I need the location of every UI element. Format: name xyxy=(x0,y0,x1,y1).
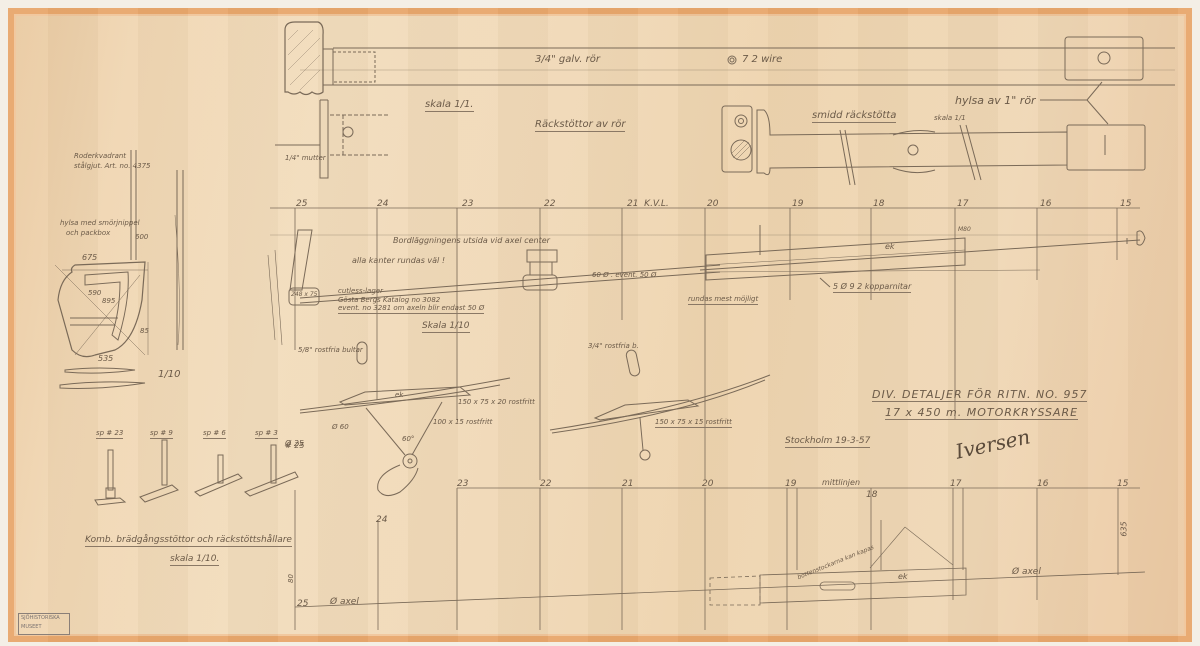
rounding-label: rundas mest möjligt xyxy=(688,296,758,305)
strut-right-drawing xyxy=(550,349,770,460)
bottom-station-24: 24 xyxy=(376,515,387,525)
station-20: 20 xyxy=(707,199,718,209)
rudder-dim-top: 675 xyxy=(82,254,97,262)
rudder-note-2: stålgjut. Art. no. 4375 xyxy=(74,163,151,170)
stanchion-label-9: sp # 9 xyxy=(150,430,173,439)
rivets-label: 5 Ø 9 2 kopparnitar xyxy=(833,283,911,293)
station-19: 19 xyxy=(792,199,803,209)
strut-left-angle: 60° xyxy=(402,436,414,443)
forged-label: smidd räckstötta xyxy=(812,111,896,123)
station-17: 17 xyxy=(957,199,968,209)
top-scale: skala 1/1. xyxy=(425,100,474,112)
stamp-line-1: SJÖHISTORISKA xyxy=(21,614,69,623)
rudder-note-3: hylsa med smörjnippel xyxy=(60,220,140,227)
stamp-line-2: MUSEET xyxy=(21,623,69,632)
bearing-label-3: event. no 3281 om axeln blir endast 50 Ø xyxy=(338,305,484,314)
sleeve-label: hylsa av 1" rör xyxy=(955,95,1036,106)
rudder-drawing xyxy=(55,150,183,388)
station-25: 25 xyxy=(296,199,307,209)
stanchion-scale: skala 1/10. xyxy=(170,555,219,566)
station-23: 23 xyxy=(462,199,473,209)
bearing-dim: 248 x 75 xyxy=(291,292,317,298)
top-pipe-drawing xyxy=(275,22,1175,185)
bottom-station-23: 23 xyxy=(457,479,468,489)
rudder-note-4: och packbox xyxy=(66,230,110,237)
title-line-2: 17 x 450 m. MOTORKRYSSARE xyxy=(885,407,1078,420)
bottom-station-18: 18 xyxy=(866,490,877,500)
stanchion-label-6: sp # 6 xyxy=(203,430,226,439)
axle-left-label: Ø axel xyxy=(330,598,359,607)
axle-right-label: Ø axel xyxy=(1012,568,1041,577)
stanchion-label-25: # 25 xyxy=(285,442,304,450)
edges-note: alla kanter rundas väl ! xyxy=(352,257,445,265)
rudder-dim-diag2: 590 xyxy=(88,290,101,297)
bottom-station-16: 16 xyxy=(1037,479,1048,489)
dim-right: 635 xyxy=(1121,521,1129,536)
strut-left-plate-label: 150 x 75 x 20 rostfritt xyxy=(458,399,535,406)
station-22: 22 xyxy=(544,199,555,209)
title-line-1: DIV. DETALJER FÖR RITN. NO. 957 xyxy=(872,389,1087,402)
dim-left-v: 80 xyxy=(288,574,295,583)
bottom-station-20: 20 xyxy=(702,479,713,489)
rudder-note-1: Roderkvadrant xyxy=(74,153,126,160)
stanchion-drawings xyxy=(95,440,298,505)
forged-scale: skala 1/1 xyxy=(934,115,966,122)
rudder-dim-bottom: 535 xyxy=(98,355,113,363)
bearing-label-2: Gösta Bergs Katalog no 3082 xyxy=(338,297,440,304)
shaft-scale: Skala 1/10 xyxy=(422,322,470,333)
strut-right-plate-label: 150 x 75 x 15 rostfritt xyxy=(655,419,732,428)
shaft-dim: 60 Ø . event. 50 Ø xyxy=(592,272,656,279)
bottom-station-22: 22 xyxy=(540,479,551,489)
strut-left-leg-label: 100 x 15 rostfritt xyxy=(433,419,492,426)
station-grid-lower xyxy=(295,488,1145,630)
station-24: 24 xyxy=(377,199,388,209)
wire-label: 7 2 wire xyxy=(742,55,782,65)
bracket-mark: M80 xyxy=(958,227,971,233)
strut-left-wood: ek xyxy=(395,392,403,399)
fairing-note: Bordläggningens utsida vid axel center xyxy=(393,237,550,245)
bottom-station-15: 15 xyxy=(1117,479,1128,489)
top-title: Räckstöttor av rör xyxy=(535,120,625,132)
museum-stamp: SJÖHISTORISKA MUSEET xyxy=(18,613,70,635)
station-18: 18 xyxy=(873,199,884,209)
dim-left-25: 25 xyxy=(297,600,308,609)
bolt-label: 1/4" mutter xyxy=(285,155,326,162)
bearing-label-1: cutless-lager xyxy=(338,288,383,295)
station-15: 15 xyxy=(1120,199,1131,209)
place-date: Stockholm 19-3-57 xyxy=(785,437,870,448)
station-21-kvl: 21 K.V.L. xyxy=(627,199,669,209)
stanchion-title: Komb. brädgångsstöttor och räckstöttshål… xyxy=(85,536,292,547)
bottom-station-19: 19 xyxy=(785,479,796,489)
pipe-label: 3/4" galv. rör xyxy=(535,55,600,65)
shaft-wood-label: ek xyxy=(885,243,895,251)
strut-left-dim-a: Ø 60 xyxy=(332,424,349,431)
bottom-wood-label: ek xyxy=(898,573,908,581)
bottom-station-21: 21 xyxy=(622,479,633,489)
stanchion-label-3: sp # 3 xyxy=(255,430,278,439)
stanchion-label-23: sp # 23 xyxy=(96,430,123,439)
rudder-dim-side: 85 xyxy=(140,328,149,335)
rudder-dim-diag1: 895 xyxy=(102,298,115,305)
rudder-scale: 1/10 xyxy=(158,370,180,380)
station-16: 16 xyxy=(1040,199,1051,209)
bottom-station-17: 17 xyxy=(950,479,961,489)
centerline-label: mittlinjen xyxy=(822,479,860,487)
rudder-dim-pin: 600 xyxy=(135,234,148,241)
strut-right-bolt-label: 3/4" rostfria b. xyxy=(588,343,639,350)
strut-left-bolt-label: 5/8" rostfria bultar xyxy=(298,347,363,354)
